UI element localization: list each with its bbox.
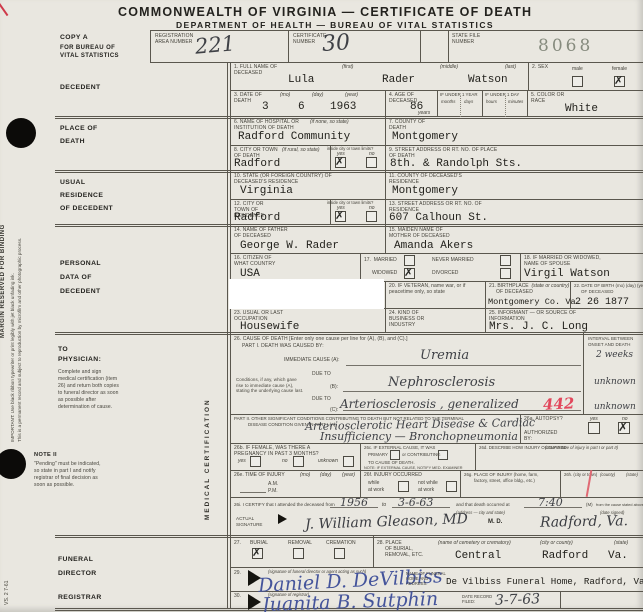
last-name-value: Watson <box>468 74 508 86</box>
while-label: while <box>368 480 379 486</box>
section-usual-residence: USUAL <box>60 179 85 186</box>
pregnancy-unknown-label: unknown <box>318 458 338 464</box>
section-usual-residence: RESIDENCE <box>60 192 103 199</box>
red-pen-mark <box>0 2 8 16</box>
actual-signature-label: SIGNATURE <box>236 522 262 528</box>
hole-punch <box>6 118 36 148</box>
death-day-value: 6 <box>298 101 305 113</box>
am-pm-label: (M) <box>586 502 593 508</box>
field-24-label: 24. KIND OF BUSINESS OR INDUSTRY <box>389 310 445 328</box>
note-ii-text: "Pending" must be indicated, so state in… <box>34 461 104 489</box>
injury-day-label: (day) <box>320 472 331 478</box>
interval-c-value: unknown <box>594 402 636 412</box>
field-1-label: 1. FULL NAME OF DECEASED <box>234 64 286 76</box>
certify-statement: 26i. I CERTIFY that I attended the decea… <box>234 502 335 508</box>
cremation-label: CREMATION <box>326 540 356 546</box>
note-ii-label: NOTE II <box>34 452 57 458</box>
occupation-value: Housewife <box>240 321 299 333</box>
residence-street-value: 607 Calhoun St. <box>389 212 488 224</box>
field-15-label: 15. MAIDEN NAME OF MOTHER OF DECEASED <box>389 227 459 239</box>
divorced-label: DIVORCED <box>432 270 458 276</box>
pregnancy-unknown-checkbox <box>343 456 354 467</box>
pregnancy-no-label: no <box>282 458 288 464</box>
burial-state-col-label: (state) <box>614 540 628 546</box>
page-title: COMMONWEALTH OF VIRGINIA — CERTIFICATE O… <box>118 5 532 19</box>
field-26g-label2: factory, street, office bldg., etc.) <box>474 478 535 484</box>
never-married-label: NEVER MARRIED <box>432 257 474 263</box>
first-name-value: Lula <box>288 74 314 86</box>
field-5-label: 5. COLOR OR RACE <box>531 92 565 104</box>
state-file-number-stamp: 8068 <box>538 36 593 56</box>
certify-to-label: to <box>382 502 386 508</box>
removal-checkbox <box>293 548 304 559</box>
field-26d-paren: (enter nature of injury in part I or par… <box>545 445 618 450</box>
autopsy-yes-checkbox <box>588 422 600 434</box>
field-27-num: 27. <box>234 540 241 546</box>
section-funeral-director: FUNERAL <box>58 556 93 563</box>
days-label: days <box>464 99 473 104</box>
to-physician-note: Complete and sign medical certification … <box>58 369 120 411</box>
hours-label: hours <box>486 99 497 104</box>
field-21-label2: OF DECEASED <box>496 289 533 295</box>
death-occurred-label: and that death occurred at <box>456 502 510 508</box>
while-label2: at work <box>368 487 384 493</box>
year-col-label: (year) <box>345 92 358 98</box>
pregnancy-yes-label: yes <box>238 458 246 464</box>
interval-a-value: 2 weeks <box>596 350 633 360</box>
pregnancy-yes-checkbox <box>250 456 261 467</box>
birthplace-value: Montgomery Co. Va. <box>488 297 581 307</box>
field-26f-label: 26f. INJURY OCCURRED <box>364 472 422 478</box>
age-years-label: years <box>418 110 430 116</box>
physician-place: Radford, Va. <box>540 513 628 531</box>
immediate-cause-label: IMMEDIATE CAUSE (A): <box>284 357 339 363</box>
under-1-year-label: IF UNDER 1 YEAR <box>440 92 478 98</box>
hospital-value: Radford Community <box>238 131 350 143</box>
cause-stated-note: from the cause stated above <box>596 502 643 508</box>
interval-header: ONSET AND DEATH <box>588 342 631 348</box>
part-2-hand-line2: Insufficiency — Bronchopneumonia <box>320 430 518 443</box>
field-8-paren: (if rural, so state) <box>282 147 320 153</box>
burial-state-value: Va. <box>608 550 628 562</box>
date-of-birth-value: 2 26 1877 <box>575 297 629 308</box>
arrow-right-icon <box>278 514 287 524</box>
minutes-label: minutes <box>508 99 523 104</box>
interval-b-value: unknown <box>594 377 636 387</box>
autopsy-no-checkbox: ✗ <box>618 422 630 434</box>
field-26h-label: 26h. (city or town) <box>564 472 597 478</box>
registration-area-value: 221 <box>194 31 236 58</box>
field-22-label2: OF DECEASED <box>581 289 614 295</box>
limits-no-checkbox <box>366 211 377 222</box>
check-x-mark: ✗ <box>618 420 628 434</box>
field-14-label: 14. NAME OF FATHER OF DECEASED <box>234 227 294 239</box>
field-6-label: 6. NAME OF HOSPITAL OR INSTITUTION OF DE… <box>234 119 304 131</box>
copy-sub: VITAL STATISTICS <box>60 53 119 59</box>
cause-c-value: Arteriosclerosis , generalized <box>340 397 519 411</box>
medical-certification-label: MEDICAL CERTIFICATION <box>204 345 211 520</box>
while-at-work-checkbox <box>398 481 409 492</box>
cause-a-value: Uremia <box>420 348 469 363</box>
first-name-col-label: (first) <box>342 64 353 70</box>
cremation-checkbox <box>334 548 345 559</box>
field-17-married-label: 17. MARRIED <box>364 257 397 263</box>
copy-label: COPY A <box>60 34 88 41</box>
injury-mo-label: (mo) <box>300 472 310 478</box>
limits-yes-checkbox: ✗ <box>335 157 346 168</box>
section-place-of-death: DEATH <box>60 138 85 145</box>
section-personal-data: DECEDENT <box>60 288 101 295</box>
field-6-paren: (if none, so state) <box>310 119 349 125</box>
authorized-by-label: AUTHORIZED BY: <box>524 430 564 442</box>
to-physician-label: PHYSICIAN: <box>58 356 101 363</box>
check-x-mark: ✗ <box>335 155 344 168</box>
city-of-death-value: Radford <box>234 158 280 170</box>
conditions-note: Conditions, if any, which gave rise to i… <box>236 377 304 394</box>
mo-col-label: (mo) <box>280 92 290 98</box>
limits-label: inside city or town limits? <box>327 146 373 152</box>
physician-signature: J. William Gleason, MD <box>305 511 468 533</box>
injury-pm-label: P.M. <box>268 488 278 494</box>
check-x-mark: ✗ <box>404 266 413 279</box>
not-while-label: not while <box>418 480 438 486</box>
external-contributing-checkbox <box>438 450 448 460</box>
important-note: This is a permanent record and subject t… <box>17 212 22 442</box>
hole-punch <box>0 449 26 479</box>
last-name-col-label: (last) <box>505 64 516 70</box>
external-note-label: NOTE: IF EXTERNAL CAUSE, NOTIFY MED. EXA… <box>364 465 463 471</box>
burial-city-value: Radford <box>542 550 588 562</box>
binding-margin-label: MARGIN RESERVED FOR BINDING <box>0 193 6 338</box>
widowed-checkbox: ✗ <box>404 268 415 279</box>
months-label: months <box>441 99 455 104</box>
field-10-label: 10. STATE (OR FOREIGN COUNTRY) OF DECEAS… <box>234 173 344 185</box>
burial-checkbox: ✗ <box>252 548 263 559</box>
county-of-death-value: Montgomery <box>392 131 458 143</box>
county-col-label: (county) <box>600 472 615 477</box>
death-month-value: 3 <box>262 101 269 113</box>
sex-female-label: female <box>612 66 627 72</box>
middle-name-col-label: (middle) <box>440 64 458 70</box>
field-28-label: REMOVAL, ETC. <box>385 552 423 558</box>
cemetery-col-label: (name of cemetery or crematory) <box>438 540 511 546</box>
sex-male-label: male <box>572 66 583 72</box>
limits-yes-checkbox: ✗ <box>335 211 346 222</box>
state-col-label: (state) <box>626 472 638 477</box>
father-name-value: George W. Rader <box>240 240 339 252</box>
check-x-mark: ✗ <box>252 546 261 559</box>
certificate-number-value: 30 <box>321 30 351 57</box>
field-7-label: 7. COUNTY OF DEATH <box>389 119 429 131</box>
arrow-right-icon <box>248 594 261 610</box>
external-contributing-label: or CONTRIBUTING <box>402 452 441 458</box>
limits-label: inside city or town limits? <box>327 200 373 206</box>
pregnancy-no-checkbox <box>293 456 304 467</box>
section-funeral-director: DIRECTOR <box>58 570 97 577</box>
to-physician-label: TO <box>58 346 68 353</box>
external-primary-label: PRIMARY <box>368 452 388 458</box>
not-while-label2: at work <box>418 487 434 493</box>
field-26a-label: 26a. AUTOPSY? <box>524 416 563 422</box>
divorced-checkbox <box>500 268 511 279</box>
date-filed-label: FILED: <box>462 599 475 605</box>
burial-city-col-label: (city or county) <box>540 540 573 546</box>
mother-name-value: Amanda Akers <box>394 240 473 252</box>
funeral-home-value: De Vilbiss Funeral Home, Radford, Va. <box>446 576 643 587</box>
section-registrar: REGISTRAR <box>58 594 102 601</box>
field-20-label: 20. IF VETERAN, name war, or if peacetim… <box>389 283 467 295</box>
part-1-label: PART I. DEATH WAS CAUSED BY: <box>242 343 324 349</box>
field-2-label: 2. SEX <box>532 64 548 70</box>
field-30-num: 30. <box>234 593 241 599</box>
important-note: IMPORTANT: Use black ribbon typewriter o… <box>10 212 15 442</box>
state-file-label: STATE FILE NUMBER <box>452 33 486 45</box>
death-year-value: 1963 <box>330 101 356 113</box>
cemetery-value: Central <box>455 550 501 562</box>
funeral-home-label: ADDRESS: <box>406 581 427 587</box>
cause-b-value: Nephrosclerosis <box>388 375 495 390</box>
race-value: White <box>565 103 598 115</box>
spouse-name-value: Virgil Watson <box>524 268 610 280</box>
never-married-checkbox <box>500 255 511 266</box>
day-col-label: (day) <box>312 92 323 98</box>
check-x-mark: ✗ <box>614 74 623 87</box>
under-1-day-label: IF UNDER 1 DAY <box>485 92 519 98</box>
injury-year-label: (year) <box>342 472 355 478</box>
field-26-label: 26. CAUSE OF DEATH [Enter only one cause… <box>234 336 494 342</box>
limits-no-checkbox <box>366 157 377 168</box>
widowed-label: WIDOWED <box>372 270 397 276</box>
copy-sub: FOR BUREAU OF <box>60 45 115 51</box>
field-11-label: 11. COUNTY OF DECEASED'S RESIDENCE <box>389 173 469 185</box>
section-place-of-death: PLACE OF <box>60 125 98 132</box>
cause-c-line-label: (C): <box>330 407 338 413</box>
removal-label: REMOVAL <box>288 540 312 546</box>
residence-city-value: Radford <box>234 212 280 224</box>
field-26e-label: 26e. TIME OF INJURY <box>234 472 285 478</box>
section-personal-data: DATA OF <box>60 274 92 281</box>
injury-am-label: A.M. <box>268 481 278 487</box>
death-certificate-page: MARGIN RESERVED FOR BINDING IMPORTANT: U… <box>0 0 643 612</box>
section-usual-residence: OF DECEDENT <box>60 205 113 212</box>
section-personal-data: PERSONAL <box>60 260 101 267</box>
street-of-death-value: 8th. & Randolph Sts. <box>390 158 522 170</box>
due-to-label: DUE TO <box>312 371 331 377</box>
residence-county-value: Montgomery <box>392 185 458 197</box>
married-checkbox <box>404 255 415 266</box>
form-code: VS. 2 7-61 <box>4 553 10 605</box>
field-29-num: 29. <box>234 570 241 576</box>
external-primary-checkbox <box>390 450 400 460</box>
cause-b-line-label: (B): <box>330 384 338 390</box>
check-x-mark: ✗ <box>335 209 344 222</box>
residence-state-value: Virginia <box>240 185 293 197</box>
field-16-label: 16. CITIZEN OF WHAT COUNTRY <box>234 255 284 267</box>
redaction-box <box>229 279 384 309</box>
middle-name-value: Rader <box>382 74 415 86</box>
section-decedent: DECEDENT <box>60 84 101 91</box>
sex-female-checkbox: ✗ <box>614 76 625 87</box>
physician-md-label: M. D. <box>488 519 502 525</box>
due-to-label: DUE TO <box>312 396 331 402</box>
page-subtitle: DEPARTMENT OF HEALTH — BUREAU OF VITAL S… <box>176 20 494 30</box>
sex-male-checkbox <box>572 76 583 87</box>
field-18-label: 18. IF MARRIED OR WIDOWED, NAME OF SPOUS… <box>524 255 614 267</box>
date-filed-value: 3-7-63 <box>495 591 541 609</box>
not-while-at-work-checkbox <box>446 481 457 492</box>
informant-value: Mrs. J. C. Long <box>489 321 588 333</box>
